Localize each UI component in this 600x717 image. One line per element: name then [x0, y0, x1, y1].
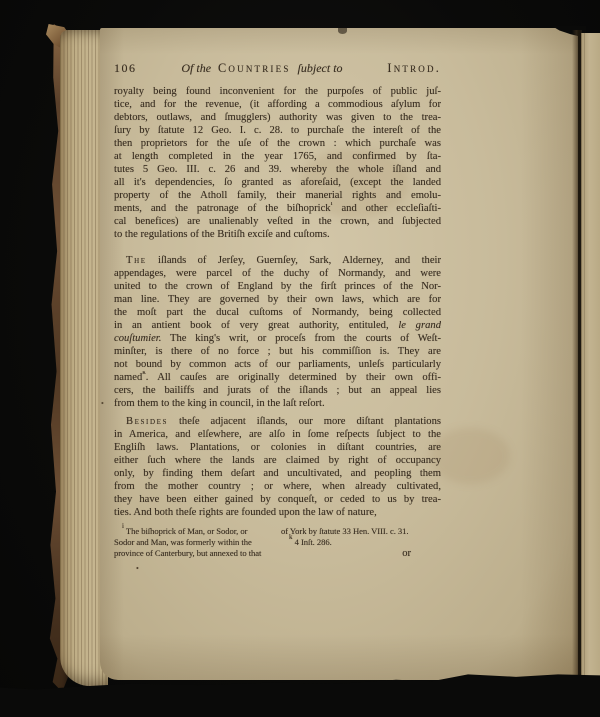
page-edge-nick — [338, 28, 347, 34]
text-line: only, by finding them deſart and unculti… — [114, 467, 441, 480]
text-line: not bound by common acts of our parliame… — [114, 358, 441, 371]
page-stain — [430, 428, 510, 484]
text-line: then proprietors for the uſe of the crow… — [114, 137, 441, 150]
page-text-block: 106 Of the Countries ſubject to Introd. … — [114, 62, 441, 574]
text-line: cal benefices) are unalienably veſted in… — [114, 215, 441, 228]
footnotes: i The biſhoprick of Man, or Sodor, or So… — [114, 526, 441, 574]
footnote-line: province of Canterbury, but annexed to t… — [114, 548, 277, 559]
text-line: from them to the king in council, in the… — [114, 397, 441, 410]
text-line: tice, and for the revenue, (it affording… — [114, 98, 441, 111]
text-line: ties. And both theſe rights are founded … — [114, 506, 441, 519]
text-line: Besides theſe adjacent iſlands, our more… — [114, 415, 441, 428]
page-number: 106 — [114, 62, 137, 75]
footnote-line: k 4 Inſt. 286. — [281, 537, 441, 548]
running-title-italic: Of the — [181, 62, 211, 75]
text-line: appendages, were parcel of the duchy of … — [114, 267, 441, 280]
running-title-italic: ſubject to — [298, 62, 343, 75]
text-line: at length completed in the year 1765, an… — [114, 150, 441, 163]
text-line: couſtumier. The king's writ, or proceſs … — [114, 332, 441, 345]
text-segment: named — [114, 372, 142, 383]
running-title: Of the Countries ſubject to — [181, 62, 342, 75]
paragraph: royalty being found inconvenient for the… — [114, 85, 441, 241]
catchword: or — [281, 548, 441, 559]
text-segment: The biſhoprick of Man, or Sodor, or — [124, 526, 247, 536]
footnote-line: Sodor and Man, was formerly within the — [114, 537, 277, 548]
text-line: royalty being found inconvenient for the… — [114, 85, 441, 98]
footnote-column-left: i The biſhoprick of Man, or Sodor, or So… — [114, 526, 277, 574]
paragraph-lead-caps: Besides — [126, 416, 168, 427]
signature-mark: • — [114, 563, 277, 574]
footnote-column-right: of York by ſtatute 33 Hen. VIII. c. 31. … — [281, 526, 441, 574]
text-segment: 4 Inſt. 286. — [293, 537, 332, 547]
text-line: property of the Atholl family, their man… — [114, 189, 441, 202]
adjacent-page-edge — [581, 33, 600, 683]
running-title-section: Introd. — [387, 62, 441, 75]
text-segment: and other eccleſiaſti- — [333, 203, 441, 214]
text-line: minſter, is there of no force ; but his … — [114, 345, 441, 358]
text-line: in America, and elſewhere, are alſo in ſ… — [114, 428, 441, 441]
paragraph: Besides theſe adjacent iſlands, our more… — [114, 415, 441, 519]
text-line: in an antient book of very great authori… — [114, 319, 441, 332]
text-line: The iſlands of Jerſey, Guernſey, Sark, A… — [114, 254, 441, 267]
text-line: namedk. All cauſes are originally determ… — [114, 371, 441, 384]
paragraph-lead-caps: The — [126, 255, 147, 266]
running-header: 106 Of the Countries ſubject to Introd. — [114, 62, 441, 76]
text-line: ſury by ſtatute 12 Geo. I. c. 28. to pur… — [114, 124, 441, 137]
margin-mark: • — [101, 397, 104, 410]
text-line: to the regulations of the Britiſh exciſe… — [114, 228, 441, 241]
text-line: debtors, outlaws, and ſmugglers) authori… — [114, 111, 441, 124]
text-line: the moſt part the ducal cuſtoms of Norma… — [114, 306, 441, 319]
text-line: Engliſh laws. Plantations, or colonies i… — [114, 441, 441, 454]
footnote-line: i The biſhoprick of Man, or Sodor, or — [114, 526, 277, 537]
text-line: united to the crown of England by the fi… — [114, 280, 441, 293]
text-segment: The king's writ, or proceſs from the cou… — [161, 333, 441, 344]
text-segment: in an antient book of very great authori… — [114, 320, 398, 331]
text-line: tutes 5 Geo. III. c. 26 and 39. whereby … — [114, 163, 441, 176]
paragraph: • The iſlands of Jerſey, Guernſey, Sark,… — [114, 254, 441, 410]
text-line: man line. They are governed by their own… — [114, 293, 441, 306]
italic-phrase: couſtumier. — [114, 333, 161, 344]
text-segment: iſlands of Jerſey, Guernſey, Sark, Alder… — [147, 255, 441, 266]
text-line: either ſuch where the lands are claimed … — [114, 454, 441, 467]
footnote-line: of York by ſtatute 33 Hen. VIII. c. 31. — [281, 526, 441, 537]
text-segment: ments, and the patronage of the biſhopri… — [114, 203, 331, 214]
text-segment: theſe adjacent iſlands, our more diſtant… — [168, 416, 441, 427]
text-line: from the mother country ; or where, when… — [114, 480, 441, 493]
text-line: they have been either gained by conqueſt… — [114, 493, 441, 506]
running-title-caps: Countries — [218, 62, 291, 75]
book-photograph: 106 Of the Countries ſubject to Introd. … — [0, 0, 600, 717]
text-line: cers, the bailiffs and jurats of the iſl… — [114, 384, 441, 397]
italic-phrase: le grand — [398, 320, 441, 331]
text-line: all it's dependencies, ſo granted as afo… — [114, 176, 441, 189]
text-line: ments, and the patronage of the biſhopri… — [114, 202, 441, 215]
text-segment: . All cauſes are originally determined b… — [146, 372, 441, 383]
